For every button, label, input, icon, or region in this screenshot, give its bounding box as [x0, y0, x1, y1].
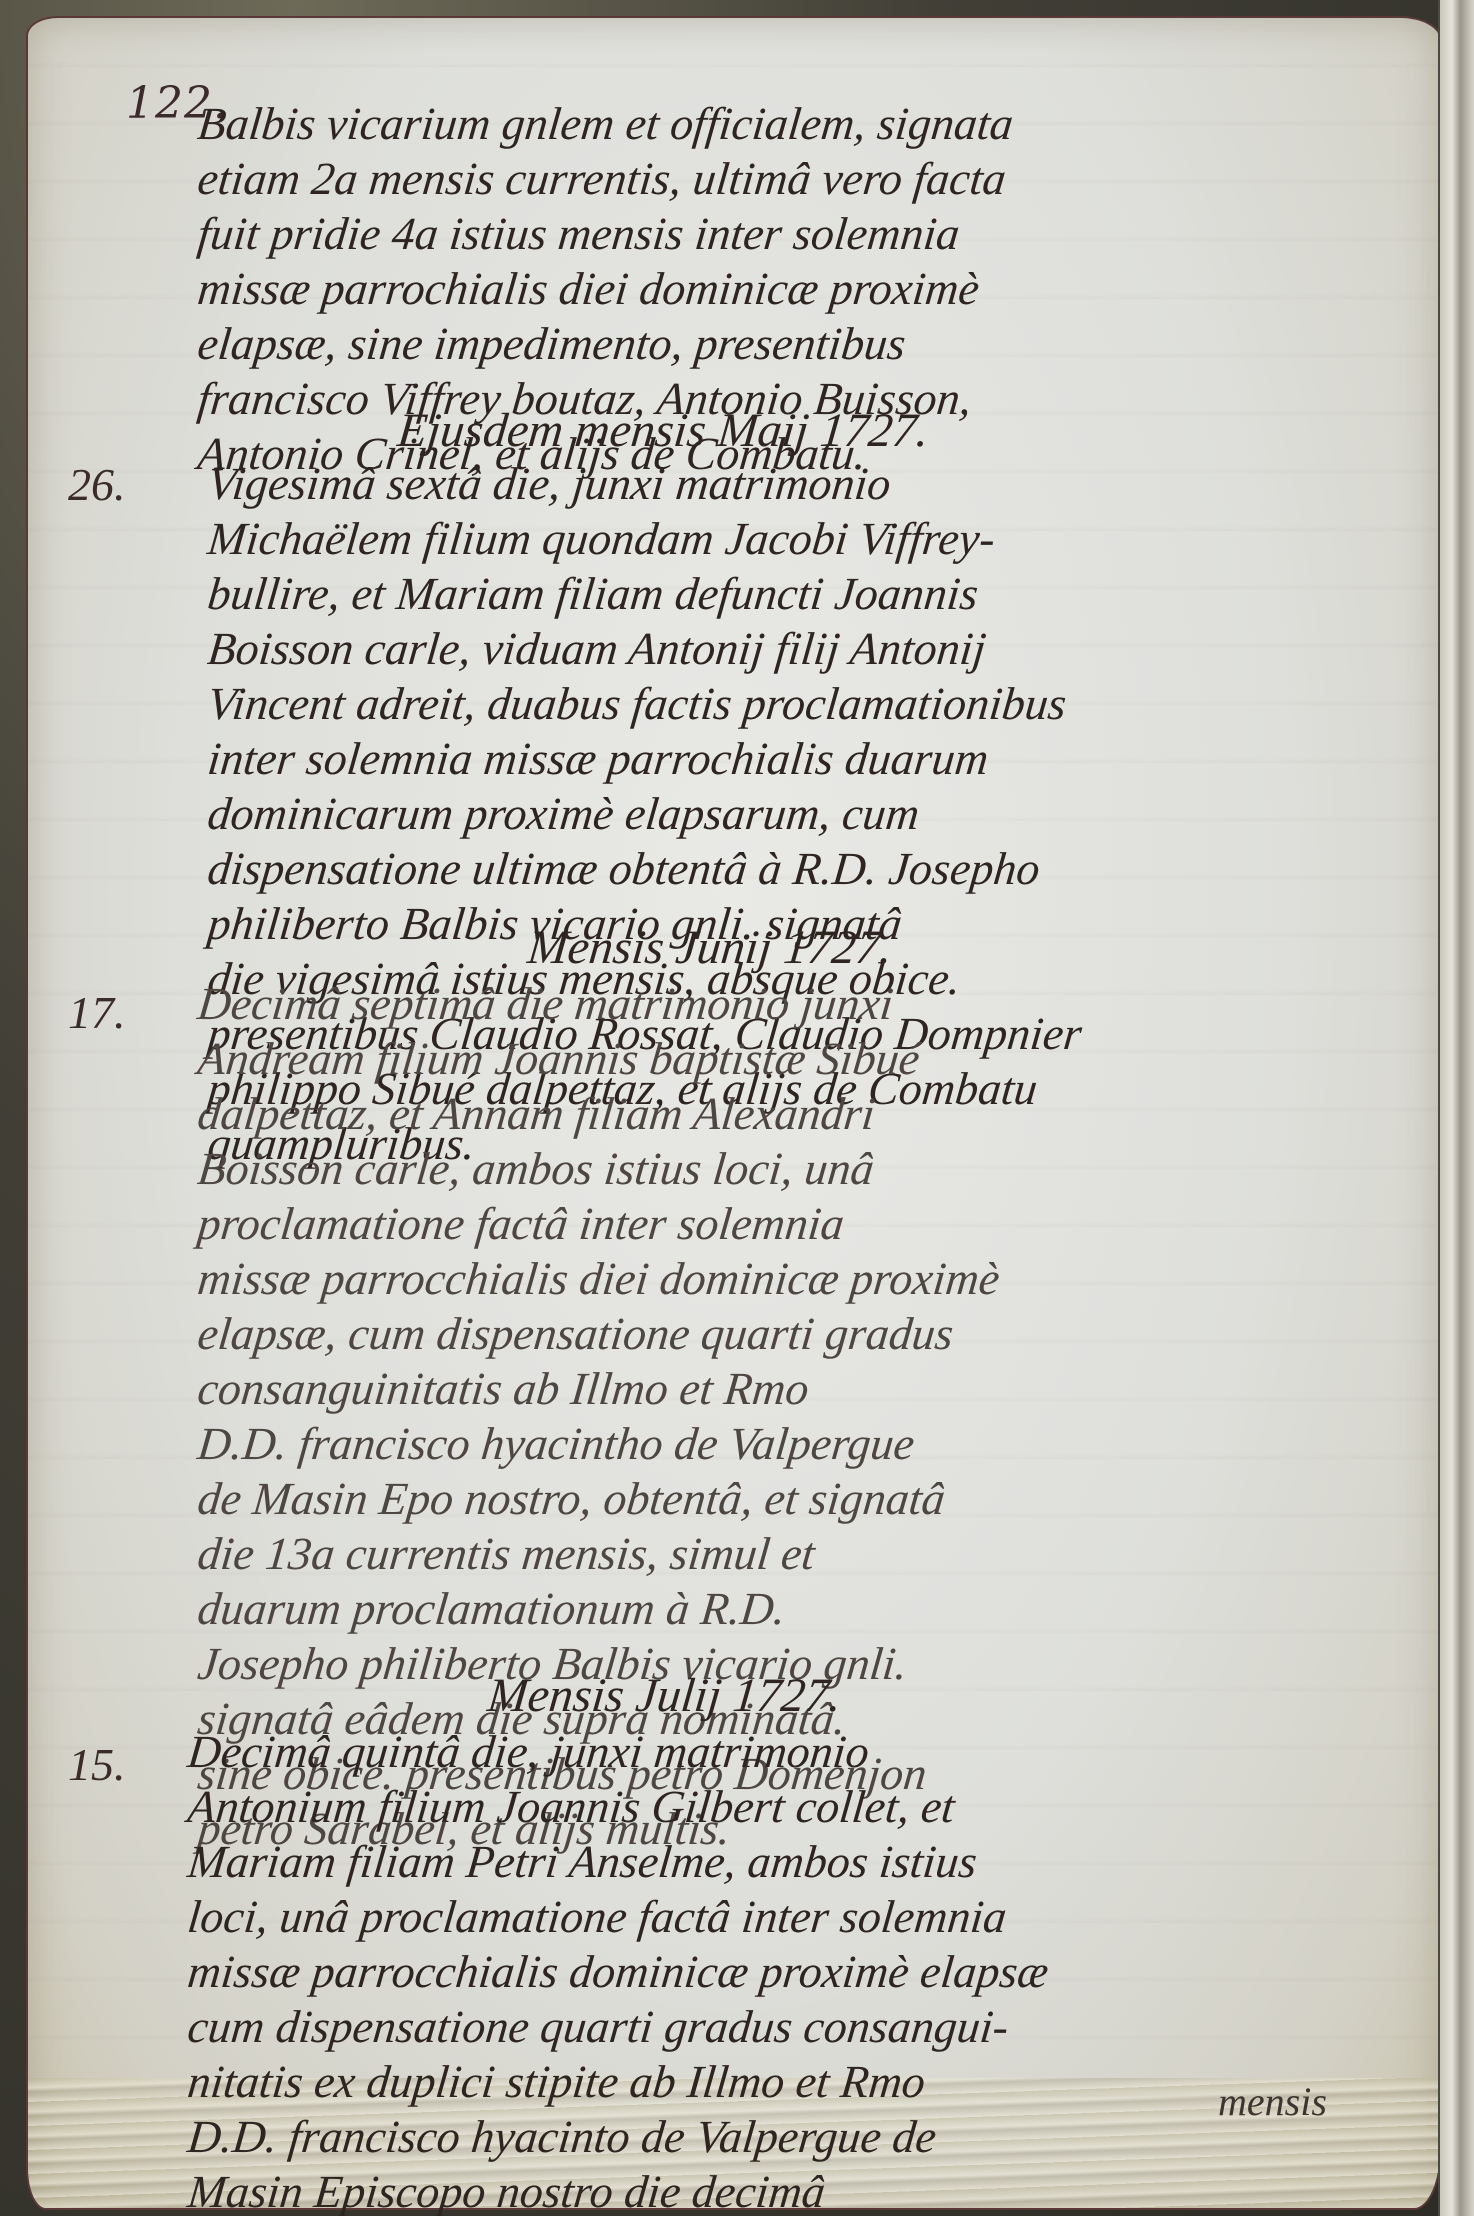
- entry-line: Masin Episcopo nostro die decimâ: [185, 2164, 1051, 2216]
- entry-line: elapsæ, cum dispensatione quarti gradus: [195, 1306, 1002, 1361]
- entry-line: Andream filium Joannis baptistæ Sibué: [195, 1031, 1002, 1086]
- entry-line: Antonium filium Joannis Gilbert collet, …: [185, 1779, 1051, 1834]
- entry-line: fuit pridie 4a istius mensis inter solem…: [195, 206, 1016, 261]
- entry-line: inter solemnia missæ parrochialis duarum: [205, 731, 1084, 786]
- entry-line: etiam 2a mensis currentis, ultimâ vero f…: [195, 151, 1016, 206]
- entry-line: Decimâ quintâ die, junxi matrimonio: [185, 1724, 1051, 1779]
- month-heading-july: Mensis Julij 1727.: [485, 1668, 844, 1723]
- entry-line: nitatis ex duplici stipite ab Illmo et R…: [185, 2054, 1051, 2109]
- catchword: mensis: [1218, 2078, 1327, 2125]
- manuscript-page: 122. Balbis vicarium gnlem et officialem…: [28, 18, 1440, 2208]
- entry-line: elapsæ, sine impedimento, presentibus: [195, 316, 1016, 371]
- entry-line: Vincent adreit, duabus factis proclamati…: [205, 676, 1084, 731]
- entry-line: Vigesimâ sextâ die, junxi matrimonio: [205, 456, 1084, 511]
- entry-line: bullire, et Mariam filiam defuncti Joann…: [205, 566, 1084, 621]
- entry-line: missæ parrochialis diei dominicæ proximè: [195, 261, 1016, 316]
- entry-line: D.D. francisco hyacinto de Valpergue de: [185, 2109, 1051, 2164]
- entry-line: D.D. francisco hyacintho de Valpergue: [195, 1416, 1002, 1471]
- entry-day-number: 26.: [68, 458, 126, 511]
- entry-line: proclamatione factâ inter solemnia: [195, 1196, 1002, 1251]
- entry-line: cum dispensatione quarti gradus consangu…: [185, 1999, 1051, 2054]
- entry-line: Mariam filiam Petri Anselme, ambos istiu…: [185, 1834, 1051, 1889]
- entry-day-number: 15.: [68, 1738, 126, 1791]
- entry-line: dalpettaz, et Annam filiam Alexandri: [195, 1086, 1002, 1141]
- entry-line: dispensatione ultimæ obtentâ à R.D. Jose…: [205, 841, 1084, 896]
- entry-line: dominicarum proximè elapsarum, cum: [205, 786, 1084, 841]
- entry-line: consanguinitatis ab Illmo et Rmo: [195, 1361, 1002, 1416]
- entry-line: Balbis vicarium gnlem et officialem, sig…: [195, 96, 1016, 151]
- entry-line: Boisson carle, ambos istius loci, unâ: [195, 1141, 1002, 1196]
- entry-line: missæ parrocchialis diei dominicæ proxim…: [195, 1251, 1002, 1306]
- entry-day-number: 17.: [68, 986, 126, 1039]
- entry-line: de Masin Epo nostro, obtentâ, et signatâ: [195, 1471, 1002, 1526]
- month-heading-may: Ejusdem mensis Maij 1727.: [395, 403, 931, 458]
- entry-line: die 13a currentis mensis, simul et: [195, 1526, 1002, 1581]
- book-binding-edge: [1438, 0, 1474, 2216]
- entry-line: Michaëlem filium quondam Jacobi Viffrey-: [205, 511, 1084, 566]
- entry-line: Boisson carle, viduam Antonij filij Anto…: [205, 621, 1084, 676]
- entry-line: missæ parrocchialis dominicæ proximè ela…: [185, 1944, 1051, 1999]
- marriage-entry: Decimâ quintâ die, junxi matrimonio Anto…: [188, 1724, 1048, 2216]
- entry-line: loci, unâ proclamatione factâ inter sole…: [185, 1889, 1051, 1944]
- entry-line: duarum proclamationum à R.D.: [195, 1581, 1002, 1636]
- month-heading-june: Mensis Junij 1727.: [525, 920, 895, 975]
- entry-line: Decimâ septimâ die matrimonio junxi: [195, 976, 1002, 1031]
